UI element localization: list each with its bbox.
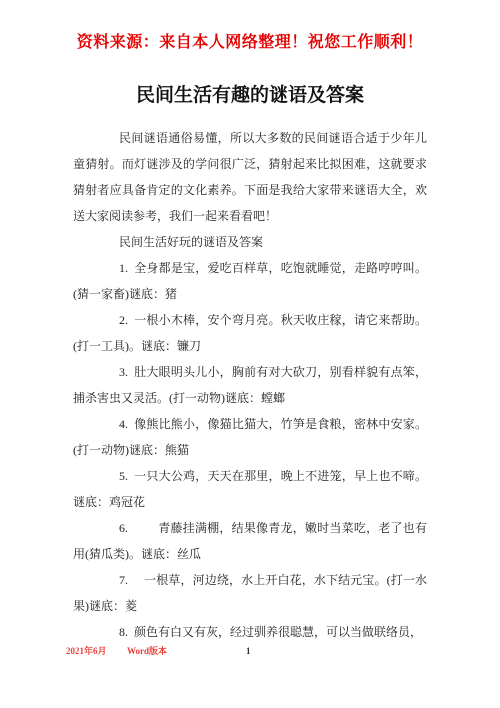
- riddle-item: 4.像熊比熊小，像猫比猫大，竹笋是食粮，密林中安家。(打一动物)谜底：熊猫: [73, 411, 427, 463]
- page-number: 1: [246, 644, 251, 658]
- riddle-number: 4.: [119, 417, 128, 431]
- footer-version-label: Word版本: [127, 644, 167, 658]
- riddle-text: 颜色有白又有灰，经过驯养很聪慧，可以当做联络员，: [134, 625, 422, 639]
- intro-paragraph: 民间谜语通俗易懂，所以大多数的民间谜语合适于少年儿童猜射。而灯谜涉及的学问很广泛…: [73, 125, 427, 229]
- document-page: 资料来源：来自本人网络整理！祝您工作顺利！ 民间生活有趣的谜语及答案 民间谜语通…: [0, 0, 500, 708]
- page-title: 民间生活有趣的谜语及答案: [0, 85, 500, 107]
- riddle-item: 7.一根草，河边绕，水上开白花，水下结元宝。(打一水果)谜底：菱: [73, 567, 427, 619]
- riddle-number: 8.: [119, 625, 128, 639]
- riddle-item: 6.青藤挂满棚，结果像青龙，嫩时当菜吃，老了也有用(猜瓜类)。谜底：丝瓜: [73, 515, 427, 567]
- riddle-number: 6.: [119, 521, 128, 535]
- riddle-item: 3.肚大眼明头儿小，胸前有对大砍刀，别看样貌有点笨，捕杀害虫又灵活。(打一动物)…: [73, 359, 427, 411]
- riddle-number: 7.: [119, 573, 128, 587]
- riddle-number: 3.: [119, 365, 128, 379]
- riddle-item: 5.一只大公鸡，天天在那里，晚上不进笼，早上也不啼。谜底：鸡冠花: [73, 463, 427, 515]
- riddle-item: 1.全身都是宝，爱吃百样草，吃饱就睡觉，走路哼哼叫。(猜一家畜)谜底：猪: [73, 255, 427, 307]
- riddle-item: 2.一根小木棒，安个弯月亮。秋天收庄稼，请它来帮助。(打一工具)。谜底：镰刀: [73, 307, 427, 359]
- source-note: 资料来源：来自本人网络整理！祝您工作顺利！: [40, 33, 460, 52]
- riddle-number: 1.: [119, 261, 128, 275]
- page-footer: 2021年6月 Word版本 1: [0, 644, 500, 658]
- riddle-number: 5.: [119, 469, 128, 483]
- document-body: 民间谜语通俗易懂，所以大多数的民间谜语合适于少年儿童猜射。而灯谜涉及的学问很广泛…: [0, 125, 500, 645]
- section-heading: 民间生活好玩的谜语及答案: [73, 229, 427, 255]
- riddle-number: 2.: [119, 313, 128, 327]
- riddle-item: 8.颜色有白又有灰，经过驯养很聪慧，可以当做联络员，: [73, 619, 427, 645]
- footer-date: 2021年6月: [66, 644, 107, 658]
